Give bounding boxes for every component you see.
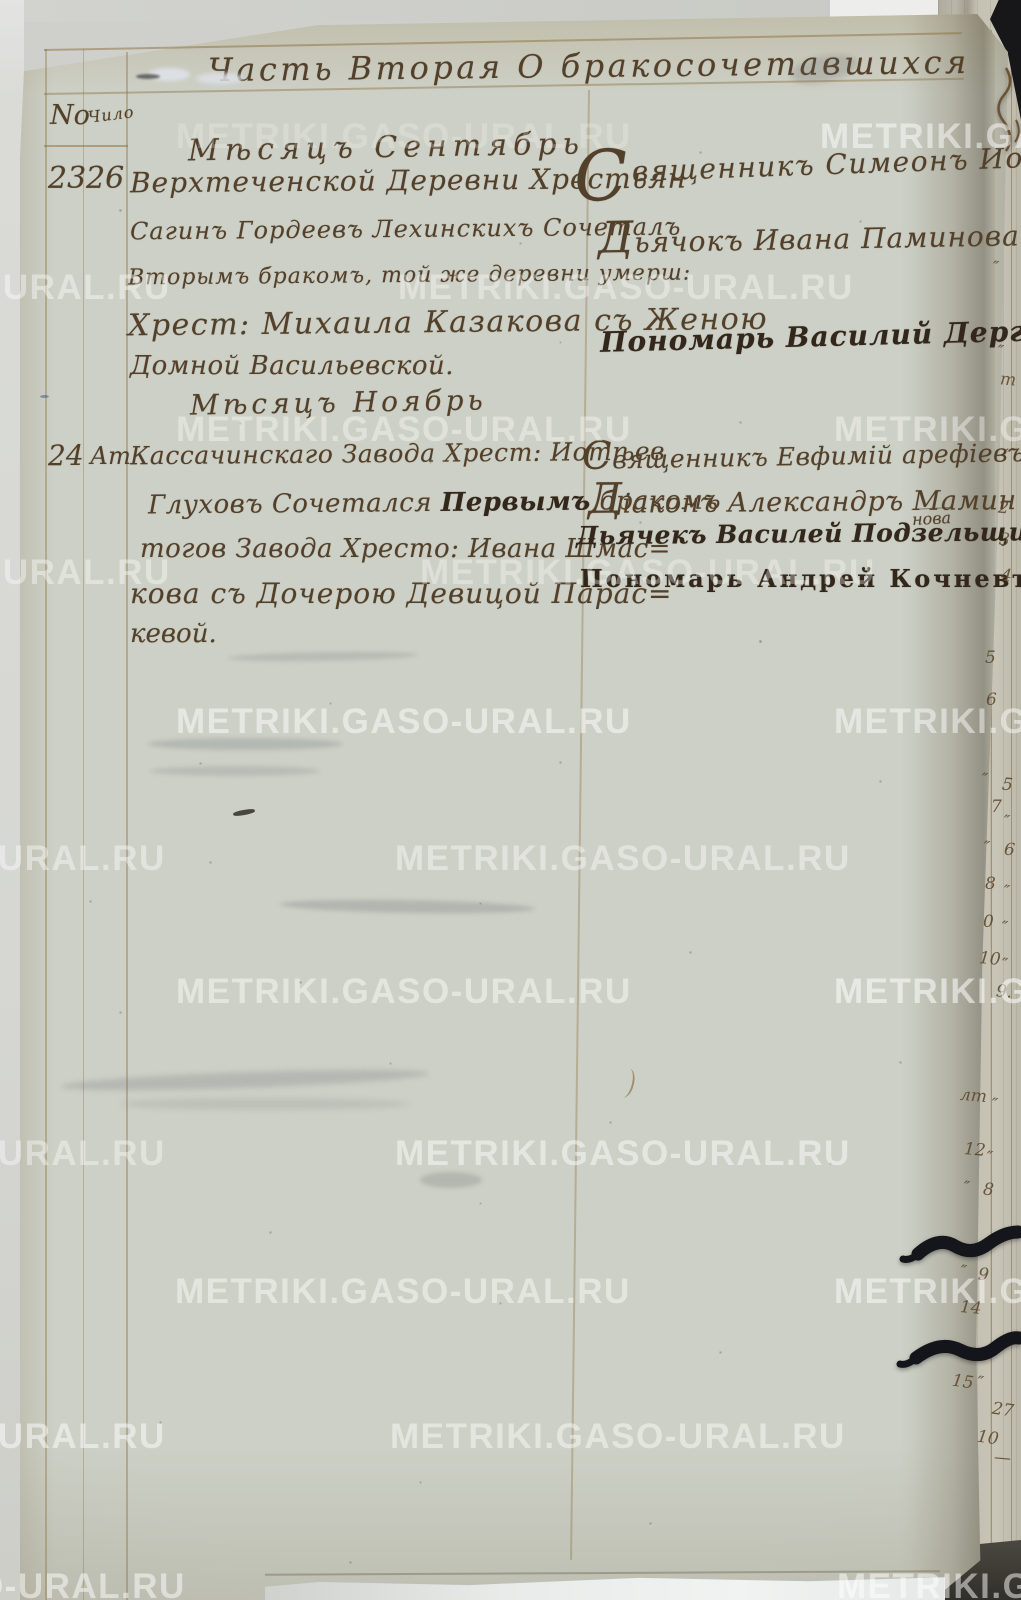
next-page-writing-edge <box>999 68 1011 151</box>
document-scan: Часть Вторая О бракосочетавшихся No Чило… <box>0 0 1021 1600</box>
binding-threads <box>0 0 1021 1600</box>
